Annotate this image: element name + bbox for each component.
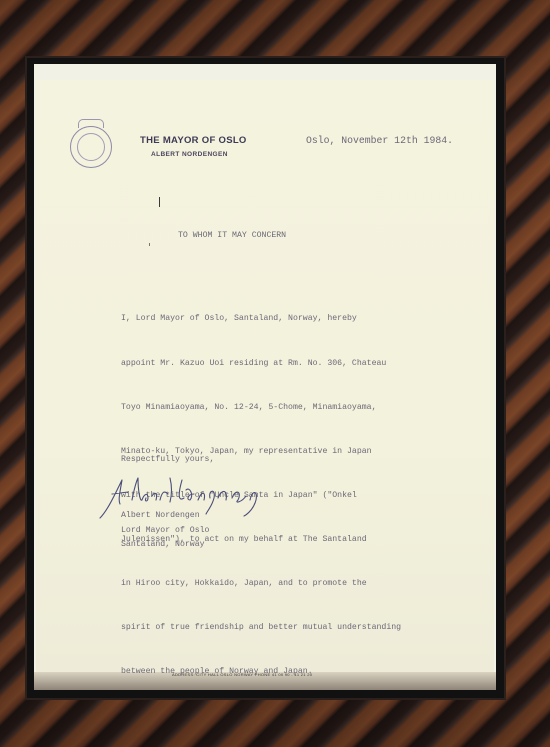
letterhead-name: ALBERT NORDENGEN <box>151 151 228 158</box>
body-line: appoint Mr. Kazuo Uoi residing at Rm. No… <box>121 357 401 372</box>
signer-block: Albert Nordengen Lord Mayor of Oslo Sant… <box>121 509 209 553</box>
pen-mark <box>149 243 150 246</box>
body-line: Toyo Minamiaoyama, No. 12-24, 5-Chome, M… <box>121 401 401 416</box>
letterhead-footer: ADDRESS: CITY HALL OSLO NORWAY PHONE 41 … <box>172 672 312 677</box>
closing: Respectfully yours, <box>121 455 214 464</box>
letterhead-title: THE MAYOR OF OSLO <box>140 135 247 146</box>
signer-name: Albert Nordengen <box>121 509 209 524</box>
oslo-city-seal-icon <box>70 126 112 168</box>
body-line: I, Lord Mayor of Oslo, Santaland, Norway… <box>121 312 401 327</box>
body-line: in Hiroo city, Hokkaido, Japan, and to p… <box>121 577 401 592</box>
body-line: spirit of true friendship and better mut… <box>121 621 401 636</box>
signer-title: Lord Mayor of Oslo <box>121 524 209 539</box>
signer-location: Santaland, Norway <box>121 538 209 553</box>
pen-mark <box>159 197 160 207</box>
salutation: TO WHOM IT MAY CONCERN <box>178 231 286 240</box>
letter-date: Oslo, November 12th 1984. <box>306 135 453 146</box>
seal-inner-ring <box>77 133 105 161</box>
